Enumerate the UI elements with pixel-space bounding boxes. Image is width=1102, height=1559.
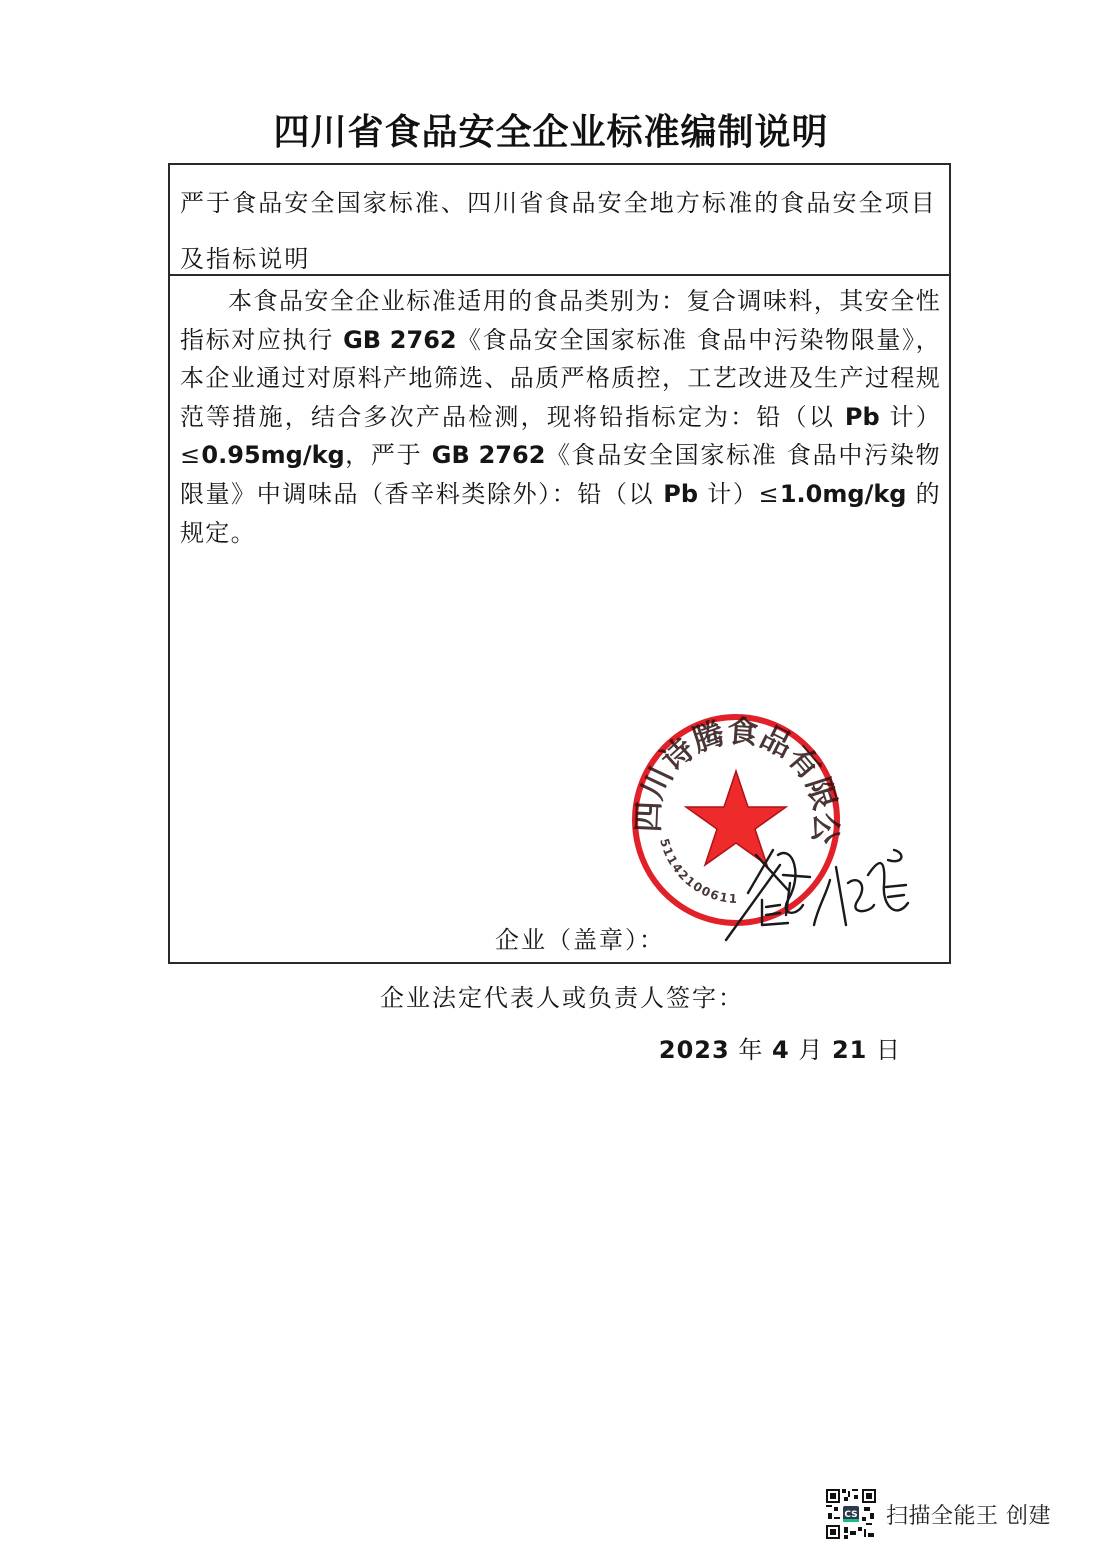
body-latin-token: GB 2762 (343, 326, 456, 354)
date-month: 4 (772, 1036, 790, 1064)
body-latin-token: 1.0mg/kg (780, 480, 907, 508)
body-latin-token: 0.95mg/kg (201, 441, 344, 469)
date-month-unit: 月 (798, 1036, 823, 1064)
date-year-unit: 年 (738, 1036, 763, 1064)
representative-signature-label: 企业法定代表人或负责人签字： (380, 979, 744, 1018)
page-title: 四川省食品安全企业标准编制说明 (0, 104, 1102, 155)
body-paragraph: 本食品安全企业标准适用的食品类别为：复合调味料，其安全性指标对应执行 GB 27… (180, 282, 941, 552)
svg-text:CS: CS (844, 1510, 857, 1520)
date-day: 21 (832, 1036, 867, 1064)
body-latin-token: GB 2762 (432, 441, 546, 469)
body-text-run: ，严于 (345, 441, 432, 469)
signing-date: 2023 年 4 月 21 日 (659, 1031, 901, 1070)
scanner-app-credit: 扫描全能王 创建 (886, 1499, 1051, 1530)
table-header-cell: 严于食品安全国家标准、四川省食品安全地方标准的食品安全项目及指标说明 (170, 165, 949, 276)
handwritten-signature (718, 845, 918, 945)
date-year: 2023 (659, 1036, 730, 1064)
date-day-unit: 日 (876, 1036, 901, 1064)
body-latin-token: Pb (845, 403, 880, 431)
body-text-run: 计）≤ (698, 480, 780, 508)
scanner-watermark: CS 扫描全能王 创建 (826, 1488, 1051, 1540)
body-latin-token: Pb (663, 480, 698, 508)
qr-code-icon: CS (826, 1489, 876, 1539)
